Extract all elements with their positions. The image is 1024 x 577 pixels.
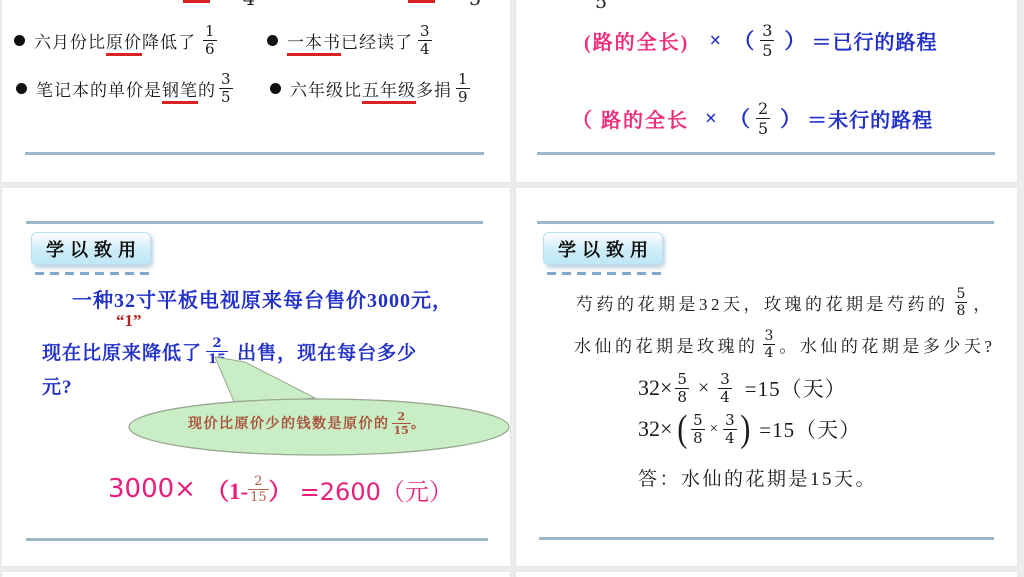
slide-divider-line xyxy=(26,538,488,541)
fraction: 3 4 xyxy=(763,328,776,361)
badge-dashed-underline xyxy=(547,272,661,275)
bullet-text-post: 的 xyxy=(198,81,216,100)
fraction-numerator: 3 xyxy=(418,23,432,40)
multiply-sign: × xyxy=(709,28,721,53)
bullet-text-underlined: 一本书 xyxy=(287,33,341,56)
line2-post: 。水仙的花期是多少天? xyxy=(779,332,995,357)
formula-subject: （ 路的全长 xyxy=(572,104,689,133)
unit-one-note: “1” xyxy=(116,311,142,331)
cutoff-digit-a: 4 xyxy=(243,0,255,10)
slide-bottom-left[interactable]: 学以致用 一种32寸平板电视原来每台售价3000元， “1” 现在比原来降低了 … xyxy=(2,188,510,566)
equation-result: =2600（元） xyxy=(300,472,453,507)
multiply-sign: × xyxy=(710,421,718,438)
fraction-numerator: 3 xyxy=(723,412,737,429)
bullet-text: 六年级比五年级多捐 xyxy=(290,76,452,101)
fraction-numerator: 3 xyxy=(763,328,776,344)
fraction: 2 15 xyxy=(248,474,269,505)
bullet-text: 笔记本的单价是钢笔的 xyxy=(36,76,216,101)
bullet-icon xyxy=(16,83,27,94)
close-paren: ） xyxy=(784,25,805,55)
cutoff-digit-b: 5 xyxy=(469,0,481,10)
fraction-numerator: 2 xyxy=(252,474,264,489)
equation-term: 3000× xyxy=(108,474,196,504)
equation-result: =15（天） xyxy=(759,414,861,444)
problem-line2: 水仙的花期是玫瑰的 3 4 。水仙的花期是多少天? xyxy=(574,322,995,366)
cutoff-underline-a xyxy=(183,0,210,3)
speech-bubble-shape xyxy=(102,353,512,463)
fraction-denominator: 8 xyxy=(955,302,968,319)
formula-row: （ 路的全长 × （ 2 5 ） ＝未行的路程 xyxy=(572,92,933,144)
slide-divider-line xyxy=(26,221,483,224)
line1-pre: 芍药的花期是32天，玫瑰的花期是芍药的 xyxy=(576,290,949,315)
slide-top-right[interactable]: 5 (路的全长) × （ 3 5 ） ＝已行的路程 （ 路的全长 × （ 2 5… xyxy=(516,0,1017,182)
bullet-text-pre: 六年级比 xyxy=(290,81,362,100)
fraction-numerator: 5 xyxy=(675,371,689,388)
badge-dashed-underline xyxy=(35,272,149,275)
bullet-text-post: 多捐 xyxy=(416,81,452,100)
fraction: 3 5 xyxy=(760,21,774,60)
speech-bubble-text: 现价比原价少的钱数是原价的 2 15 。 xyxy=(188,410,425,436)
problem-line1: 一种32寸平板电视原来每台售价3000元， xyxy=(72,284,453,313)
bullet-text: 一本书已经读了 xyxy=(287,28,413,53)
bullet-item: 笔记本的单价是钢笔的 3 5 xyxy=(16,66,233,110)
fraction-denominator: 5 xyxy=(219,88,233,106)
fraction-denominator: 15 xyxy=(392,423,411,437)
formula-row: (路的全长) × （ 3 5 ） ＝已行的路程 xyxy=(584,14,937,66)
fraction-numerator: 2 xyxy=(395,410,407,423)
formula-subject: (路的全长) xyxy=(584,26,689,55)
fraction-numerator: 3 xyxy=(718,371,732,388)
cutoff-underline-b xyxy=(408,0,435,3)
fraction: 3 4 xyxy=(723,412,737,447)
big-open-paren: ( xyxy=(678,407,688,451)
bubble-text-post: 。 xyxy=(411,413,425,433)
fraction: 5 8 xyxy=(691,412,705,447)
slide-bottom-right[interactable]: 学以致用 芍药的花期是32天，玫瑰的花期是芍药的 5 8 ， 水仙的花期是玫瑰的… xyxy=(516,188,1017,566)
fraction-numerator: 2 xyxy=(756,99,770,118)
slide-divider-line xyxy=(537,221,994,224)
bullet-text-post: 降低了 xyxy=(142,33,196,52)
bullet-text-underlined: 五年级 xyxy=(362,81,416,104)
fraction-denominator: 5 xyxy=(760,40,774,60)
cutoff-digit: 5 xyxy=(595,0,607,13)
fraction: 3 4 xyxy=(418,23,432,58)
equation-term: 32× xyxy=(638,416,672,442)
answer-line: 答：水仙的花期是15天。 xyxy=(638,464,877,491)
big-close-paren: ) xyxy=(740,407,750,451)
equation-term: 32× xyxy=(638,375,672,401)
fraction-denominator: 4 xyxy=(723,429,737,447)
fraction-denominator: 4 xyxy=(763,344,776,361)
fraction: 1 6 xyxy=(203,23,217,58)
fraction-numerator: 3 xyxy=(760,21,774,40)
bubble-text-pre: 现价比原价少的钱数是原价的 xyxy=(188,413,390,433)
bullet-item: 六年级比五年级多捐 1 9 xyxy=(270,66,470,110)
close-paren: ） xyxy=(780,103,801,133)
section-badge: 学以致用 xyxy=(543,232,663,265)
fraction-denominator: 4 xyxy=(418,40,432,58)
fraction: 2 15 xyxy=(392,410,411,437)
slide-divider-line xyxy=(539,537,994,540)
slide-next-left-edge[interactable] xyxy=(2,572,510,577)
fraction: 5 8 xyxy=(675,371,689,406)
section-badge: 学以致用 xyxy=(31,232,151,265)
fraction-numerator: 2 xyxy=(211,336,224,351)
multiply-sign: × xyxy=(705,106,717,131)
multiply-sign: × xyxy=(698,377,709,400)
bullet-item: 一本书已经读了 3 4 xyxy=(267,18,432,62)
bullet-icon xyxy=(270,83,281,94)
problem-line1: 芍药的花期是32天，玫瑰的花期是芍药的 5 8 ， xyxy=(576,280,994,324)
bullet-text: 六月份比原价降低了 xyxy=(34,28,196,53)
bullet-item: 六月份比原价降低了 1 6 xyxy=(14,18,217,62)
slide-top-left[interactable]: 4 5 六月份比原价降低了 1 6 一本书已经读了 3 4 笔记本的单价是钢笔的… xyxy=(2,0,510,182)
fraction-numerator: 1 xyxy=(456,71,470,88)
bullet-text-pre: 六月份比 xyxy=(34,33,106,52)
slide-divider-line xyxy=(537,152,995,155)
fraction: 3 5 xyxy=(219,71,233,106)
bullet-text-underlined: 钢笔 xyxy=(162,81,198,104)
fraction: 3 4 xyxy=(718,371,732,406)
slide-divider-line xyxy=(25,152,484,155)
fraction-denominator: 8 xyxy=(691,429,705,447)
bullet-text-pre: 笔记本的单价是 xyxy=(36,81,162,100)
fraction-denominator: 8 xyxy=(675,388,689,406)
bullet-text-post: 已经读了 xyxy=(341,33,413,52)
fraction-denominator: 6 xyxy=(203,40,217,58)
fraction-denominator: 5 xyxy=(756,118,770,138)
problem-line3: 元? xyxy=(42,372,73,399)
equation-close: ） xyxy=(269,473,292,506)
bullet-icon xyxy=(14,35,25,46)
fraction-denominator: 15 xyxy=(248,489,269,505)
slide-sorter-view: 4 5 六月份比原价降低了 1 6 一本书已经读了 3 4 笔记本的单价是钢笔的… xyxy=(0,0,1024,577)
fraction: 1 9 xyxy=(456,71,470,106)
equation-1: 32× 5 8 × 3 4 =15（天） xyxy=(638,368,847,408)
line2-pre: 水仙的花期是玫瑰的 xyxy=(574,332,759,357)
open-paren: （ xyxy=(733,25,754,55)
line1-post: ， xyxy=(973,290,994,315)
fraction-numerator: 3 xyxy=(219,71,233,88)
equation-open: （1- xyxy=(206,473,248,506)
fraction-numerator: 5 xyxy=(691,412,705,429)
fraction-denominator: 4 xyxy=(718,388,732,406)
bullet-icon xyxy=(267,35,278,46)
fraction-numerator: 1 xyxy=(203,23,217,40)
formula-result: ＝已行的路程 xyxy=(811,26,937,55)
equation-result: =15（天） xyxy=(745,373,847,403)
solution-equation: 3000× （1- 2 15 ） =2600（元） xyxy=(108,466,453,512)
formula-result: ＝未行的路程 xyxy=(807,104,933,133)
open-paren: （ xyxy=(729,103,750,133)
bullet-text-underlined: 原价 xyxy=(106,33,142,56)
fraction-denominator: 9 xyxy=(456,88,470,106)
fraction-numerator: 5 xyxy=(955,286,968,302)
fraction: 5 8 xyxy=(955,286,968,319)
fraction: 2 5 xyxy=(756,99,770,138)
equation-2: 32× ( 5 8 × 3 4 ) =15（天） xyxy=(638,406,861,452)
slide-next-right-edge[interactable] xyxy=(516,572,1017,577)
